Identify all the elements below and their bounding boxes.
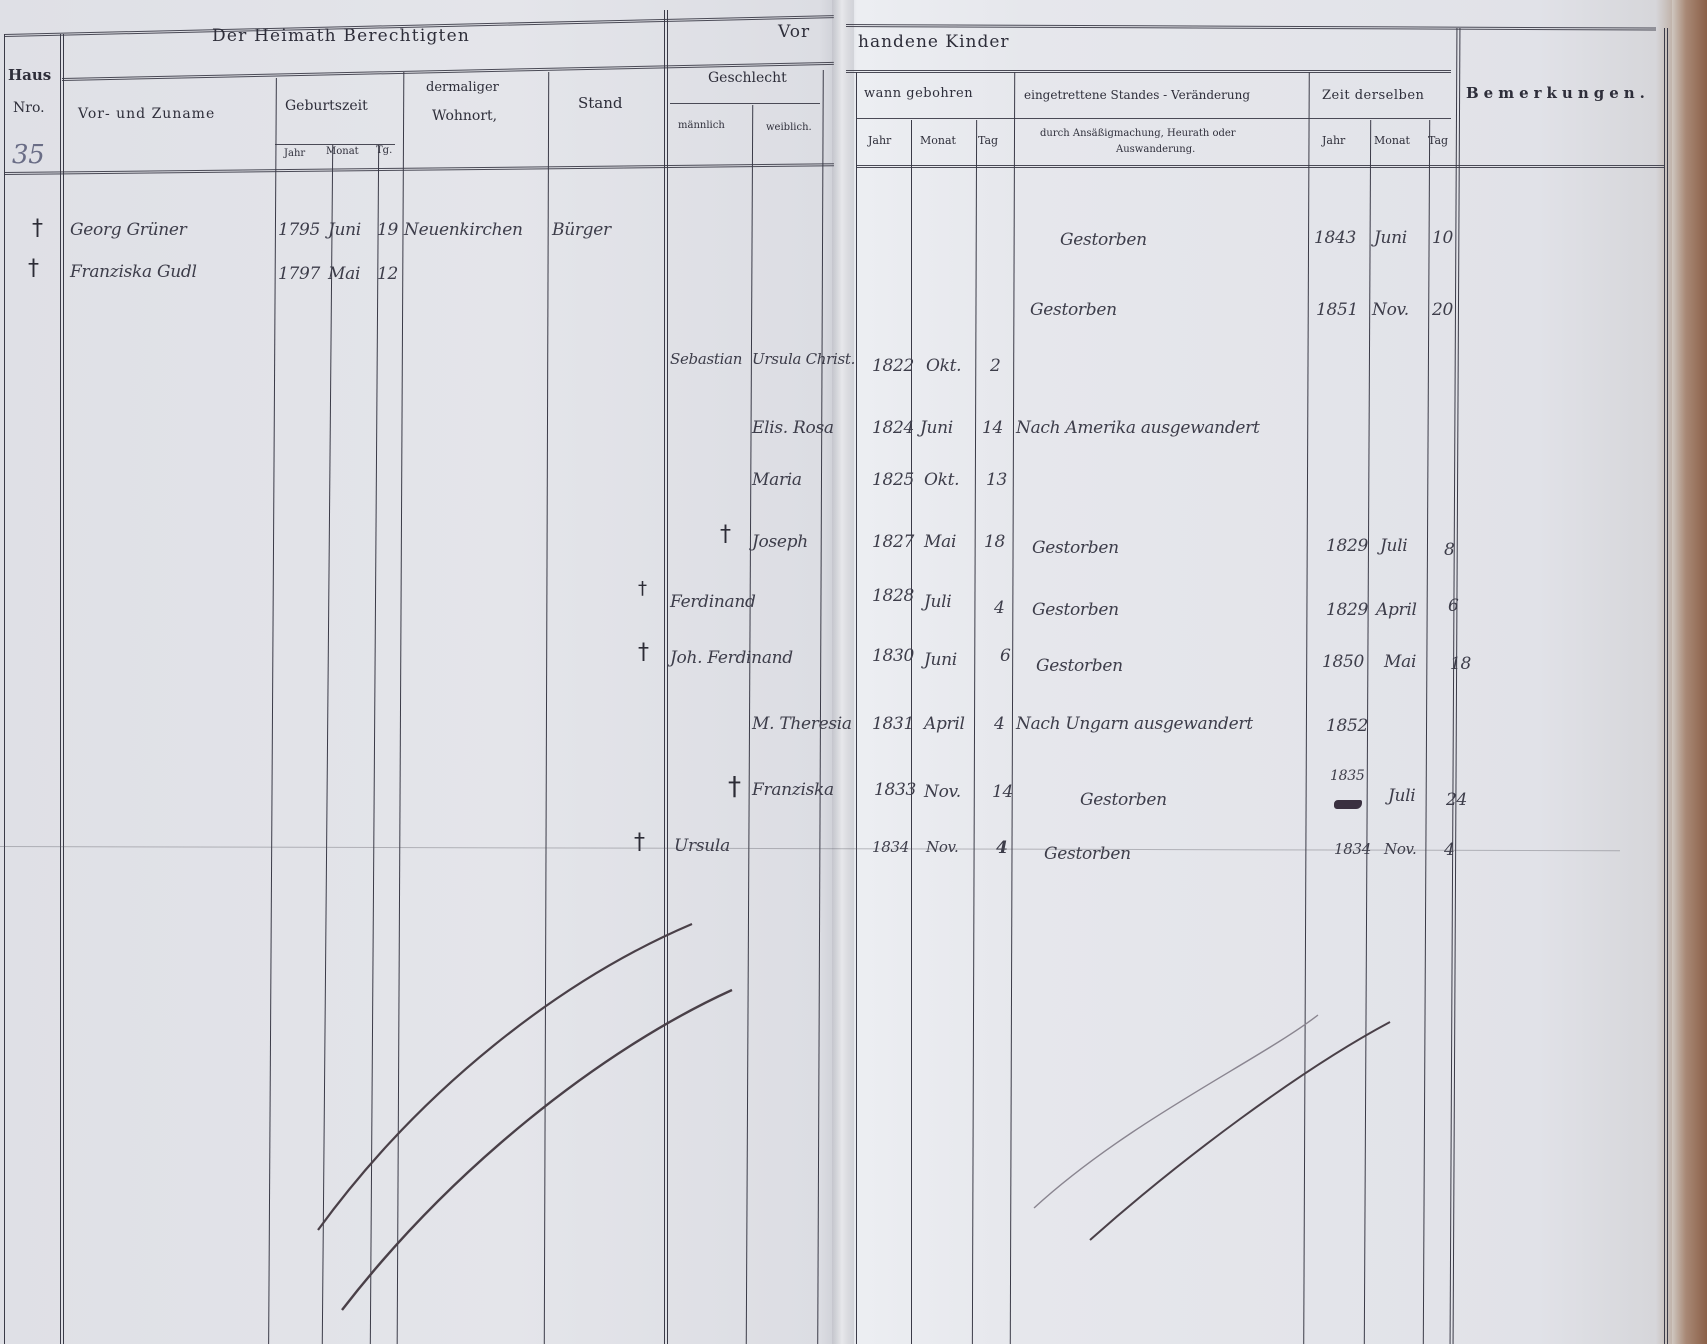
- closing-strokes: [0, 0, 1707, 1344]
- ledger-spread: Haus Nro. 35 Der Heimath Berechtigten Vo…: [0, 0, 1707, 1344]
